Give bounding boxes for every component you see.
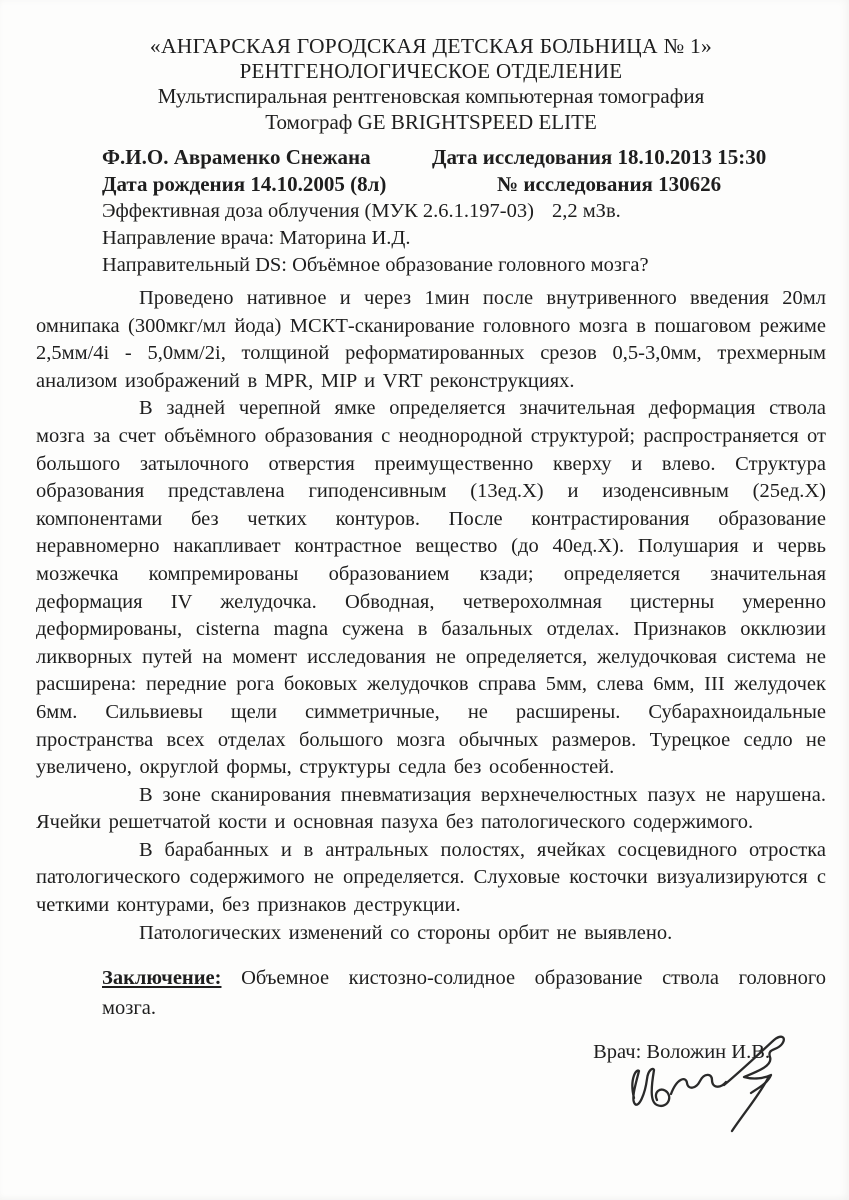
study-type: Мультиспиральная рентгеновская компьютер…: [36, 84, 826, 109]
birth-date: Дата рождения 14.10.2005 (8л): [102, 172, 386, 196]
paragraph-findings-brain: В задней черепной ямке определяется знач…: [36, 395, 826, 781]
patient-row-1: Ф.И.О. Авраменко Снежана Дата исследован…: [102, 144, 826, 171]
patient-row-2: Дата рождения 14.10.2005 (8л) № исследов…: [102, 171, 826, 198]
patient-info-block: Ф.И.О. Авраменко Снежана Дата исследован…: [102, 144, 826, 279]
dose-label: Эффективная доза облучения (МУК 2.6.1.19…: [102, 200, 534, 222]
hospital-name: «АНГАРСКАЯ ГОРОДСКАЯ ДЕТСКАЯ БОЛЬНИЦА № …: [36, 34, 826, 59]
scanner-model: Томограф GE BRIGHTSPEED ELITE: [36, 109, 826, 135]
paragraph-technique: Проведено нативное и через 1мин после вн…: [36, 285, 826, 395]
paragraph-ears: В барабанных и в антральных полостях, яч…: [36, 837, 826, 920]
document-header: «АНГАРСКАЯ ГОРОДСКАЯ ДЕТСКАЯ БОЛЬНИЦА № …: [36, 34, 826, 135]
conclusion-block: Заключение: Объемное кистозно-солидное о…: [102, 963, 826, 1023]
document-page: «АНГАРСКАЯ ГОРОДСКАЯ ДЕТСКАЯ БОЛЬНИЦА № …: [0, 0, 849, 1200]
paragraph-sinuses: В зоне сканирования пневматизация верхне…: [36, 782, 826, 837]
doctor-signature-image: [608, 1028, 808, 1138]
referral-diagnosis-line: Направительный DS: Объёмное образование …: [102, 252, 826, 279]
study-date: Дата исследования 18.10.2013 15:30: [432, 144, 766, 171]
radiation-dose-line: Эффективная доза облучения (МУК 2.6.1.19…: [102, 198, 826, 225]
paragraph-orbits: Патологических изменений со стороны орби…: [36, 920, 826, 948]
conclusion-label: Заключение:: [102, 967, 221, 989]
report-body: Проведено нативное и через 1мин после вн…: [36, 285, 826, 947]
patient-name: Ф.И.О. Авраменко Снежана: [102, 145, 371, 169]
signature-icon: [608, 1028, 808, 1138]
department-name: РЕНТГЕНОЛОГИЧЕСКОЕ ОТДЕЛЕНИЕ: [36, 59, 826, 84]
study-number: № исследования 130626: [497, 171, 721, 198]
referring-doctor-line: Направление врача: Маторина И.Д.: [102, 225, 826, 252]
dose-value: 2,2 мЗв.: [552, 198, 621, 225]
